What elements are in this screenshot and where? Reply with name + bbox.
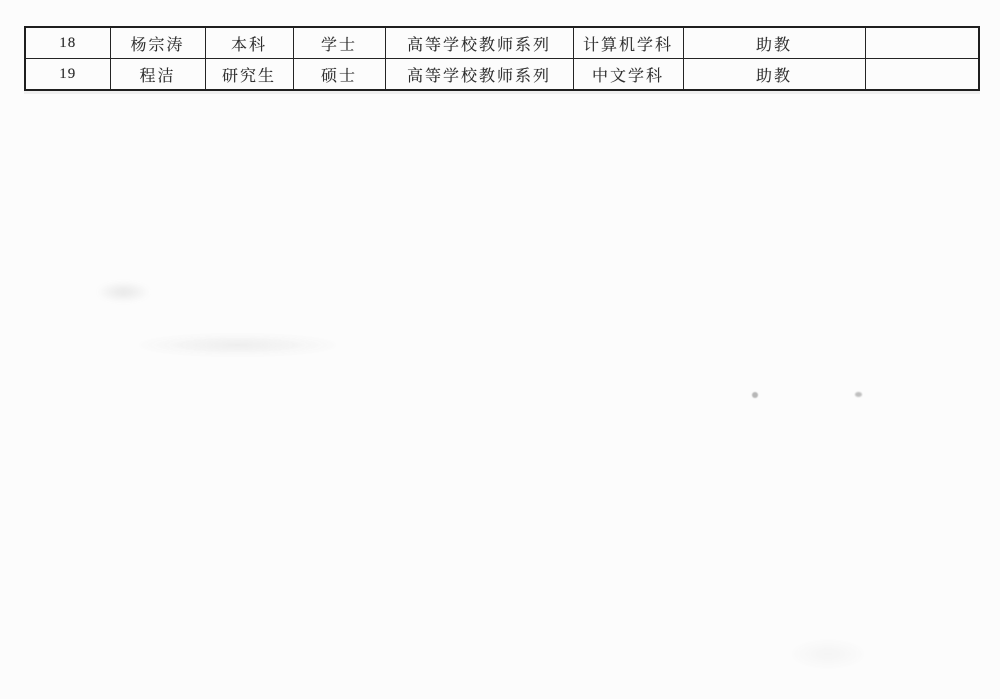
cell-position-title: 助教 (683, 59, 865, 91)
cell-discipline: 中文学科 (573, 59, 683, 91)
cell-degree: 硕士 (293, 59, 385, 91)
cell-name: 杨宗涛 (110, 27, 205, 59)
cell-remark (865, 59, 979, 91)
table-row: 19 程洁 研究生 硕士 高等学校教师系列 中文学科 助教 (25, 59, 979, 91)
cell-serial: 19 (25, 59, 110, 91)
cell-title-series: 高等学校教师系列 (385, 27, 573, 59)
scan-speck (855, 392, 862, 397)
cell-education: 研究生 (205, 59, 293, 91)
cell-position-title: 助教 (683, 27, 865, 59)
scanned-page: 18 杨宗涛 本科 学士 高等学校教师系列 计算机学科 助教 19 程洁 研究生… (0, 0, 1000, 699)
cell-name: 程洁 (110, 59, 205, 91)
cell-discipline: 计算机学科 (573, 27, 683, 59)
cell-education: 本科 (205, 27, 293, 59)
staff-roster-table: 18 杨宗涛 本科 学士 高等学校教师系列 计算机学科 助教 19 程洁 研究生… (24, 26, 980, 91)
cell-degree: 学士 (293, 27, 385, 59)
cell-title-series: 高等学校教师系列 (385, 59, 573, 91)
scan-speck (752, 392, 758, 398)
scan-smudge (788, 640, 868, 668)
scan-smudge (96, 281, 151, 303)
cell-serial: 18 (25, 27, 110, 59)
table-row: 18 杨宗涛 本科 学士 高等学校教师系列 计算机学科 助教 (25, 27, 979, 59)
scan-smudge (130, 334, 345, 356)
cell-remark (865, 27, 979, 59)
